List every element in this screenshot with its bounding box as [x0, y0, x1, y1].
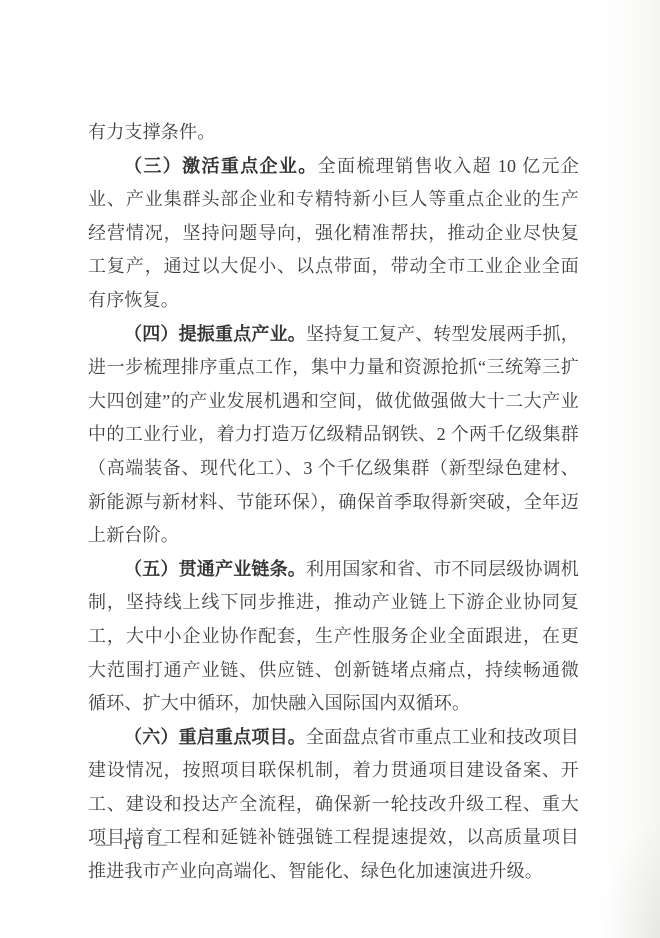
body-text: 有力支撑条件。（三）激活重点企业。全面梳理销售收入超 10 亿元企业、产业集群头… — [88, 116, 579, 889]
page-number: — 16 — — [96, 836, 170, 854]
paragraph-heading: （五）贯通产业链条。 — [124, 559, 306, 579]
paragraph-heading: （三）激活重点企业。 — [124, 156, 318, 176]
paragraph: 有力支撑条件。 — [88, 116, 579, 150]
paragraph: （五）贯通产业链条。利用国家和省、市不同层级协调机制，坚持线上线下同步推进，推动… — [88, 553, 579, 721]
paragraph: （六）重启重点项目。全面盘点省市重点工业和技改项目建设情况，按照项目联保机制，着… — [88, 721, 579, 889]
paragraph-heading: （六）重启重点项目。 — [124, 727, 306, 747]
document-page: 有力支撑条件。（三）激活重点企业。全面梳理销售收入超 10 亿元企业、产业集群头… — [0, 0, 660, 938]
paragraph-heading: （四）提振重点产业。 — [124, 324, 306, 344]
paragraph: （三）激活重点企业。全面梳理销售收入超 10 亿元企业、产业集群头部企业和专精特… — [88, 150, 579, 318]
paragraph: （四）提振重点产业。坚持复工复产、转型发展两手抓，进一步梳理排序重点工作，集中力… — [88, 318, 579, 553]
